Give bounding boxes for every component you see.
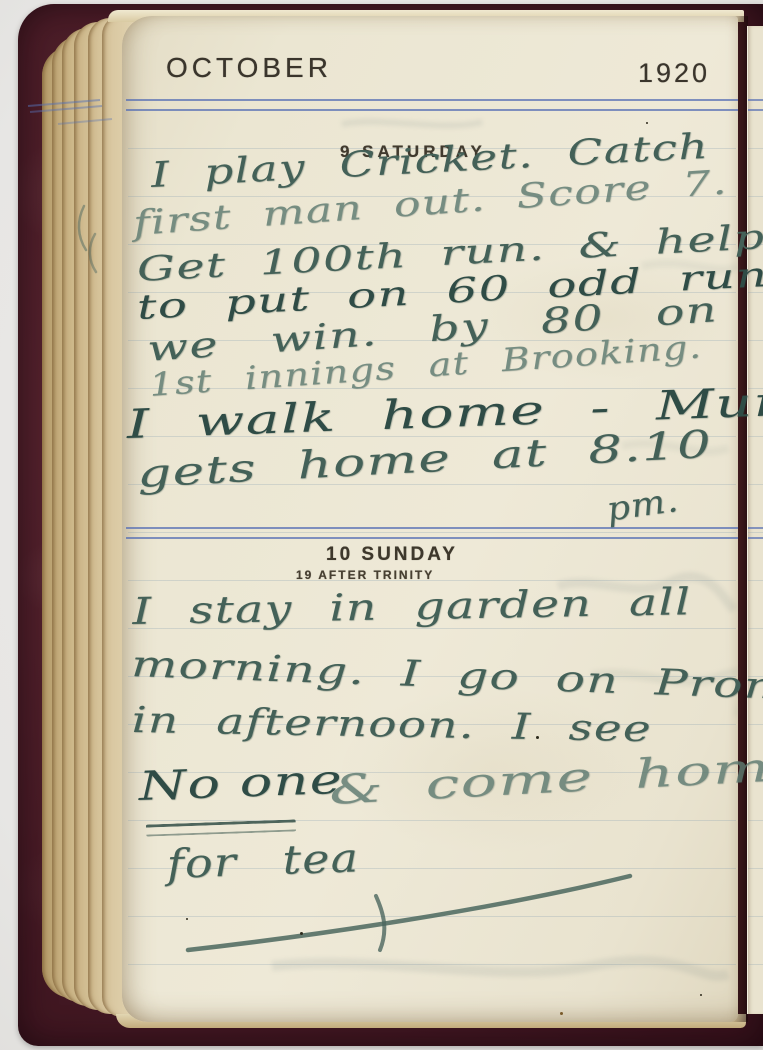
ink-speck: [646, 122, 648, 124]
ink-speck: [536, 736, 539, 739]
ink-speck: [700, 994, 702, 996]
year-label: 1920: [638, 58, 710, 89]
diary-photo: { "page": { "month": "OCTOBER", "year": …: [0, 0, 763, 1050]
sunday-heading: 10 SUNDAY: [326, 544, 458, 566]
handwritten-line: No one: [138, 757, 344, 810]
header-rule: [126, 99, 738, 111]
ink-speck: [560, 1012, 563, 1015]
header-rule: [748, 99, 763, 111]
section-divider-rule: [126, 527, 738, 539]
trinity-subheading: 19 AFTER TRINITY: [296, 568, 434, 582]
diary-page: OCTOBER 1920 9 SATURDAY 10 SUNDAY 19 AFT…: [122, 16, 738, 1022]
section-divider-rule: [748, 527, 763, 539]
ink-speck: [300, 932, 303, 935]
facing-page-sliver: [747, 26, 763, 1014]
photo-background: OCTOBER 1920 9 SATURDAY 10 SUNDAY 19 AFT…: [0, 0, 763, 1050]
handwritten-line: for tea: [166, 835, 360, 888]
month-label: OCTOBER: [166, 52, 332, 84]
ink-speck: [186, 918, 188, 920]
